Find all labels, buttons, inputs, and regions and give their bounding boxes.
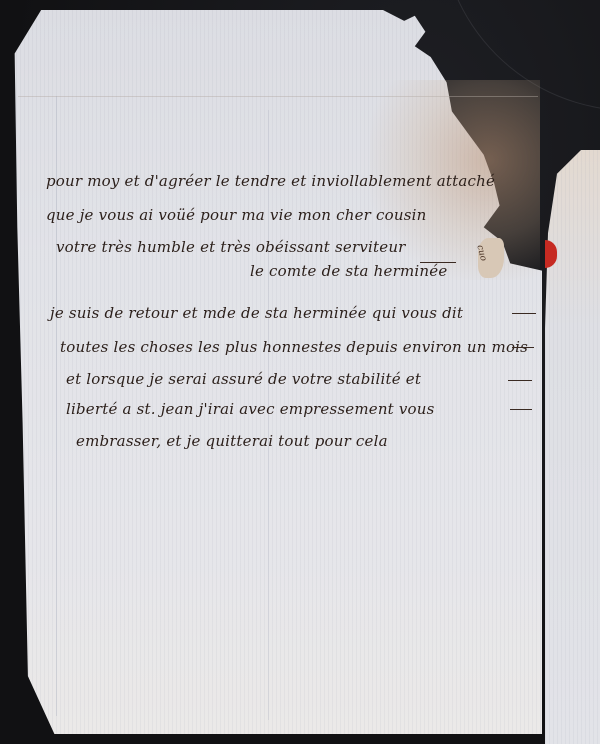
line-end-flourish	[510, 409, 532, 410]
postscript-line-2: toutes les choses les plus honnestes dep…	[60, 338, 528, 356]
signature: le comte de sta herminée	[250, 262, 447, 280]
closing-line-1: pour moy et d'agréer le tendre et inviol…	[46, 172, 495, 190]
postscript-line-3: et lorsque je serai assuré de votre stab…	[66, 370, 421, 388]
closing-line-2: que je vous ai voüé pour ma vie mon cher…	[46, 206, 426, 224]
postscript-line-1: je suis de retour et mde de sta herminée…	[50, 304, 463, 322]
line-end-flourish	[512, 347, 534, 348]
postscript-line-4: liberté a st. jean j'irai avec empressem…	[66, 400, 435, 418]
line-end-flourish	[508, 380, 532, 381]
horizontal-fold-crease	[18, 96, 538, 97]
closing-line-3: votre très humble et très obéissant serv…	[56, 238, 406, 256]
signature-flourish	[420, 262, 456, 263]
line-end-flourish	[512, 313, 536, 314]
postscript-line-5: embrasser, et je quitterai tout pour cel…	[76, 432, 388, 450]
folded-leaf-right	[545, 150, 600, 744]
